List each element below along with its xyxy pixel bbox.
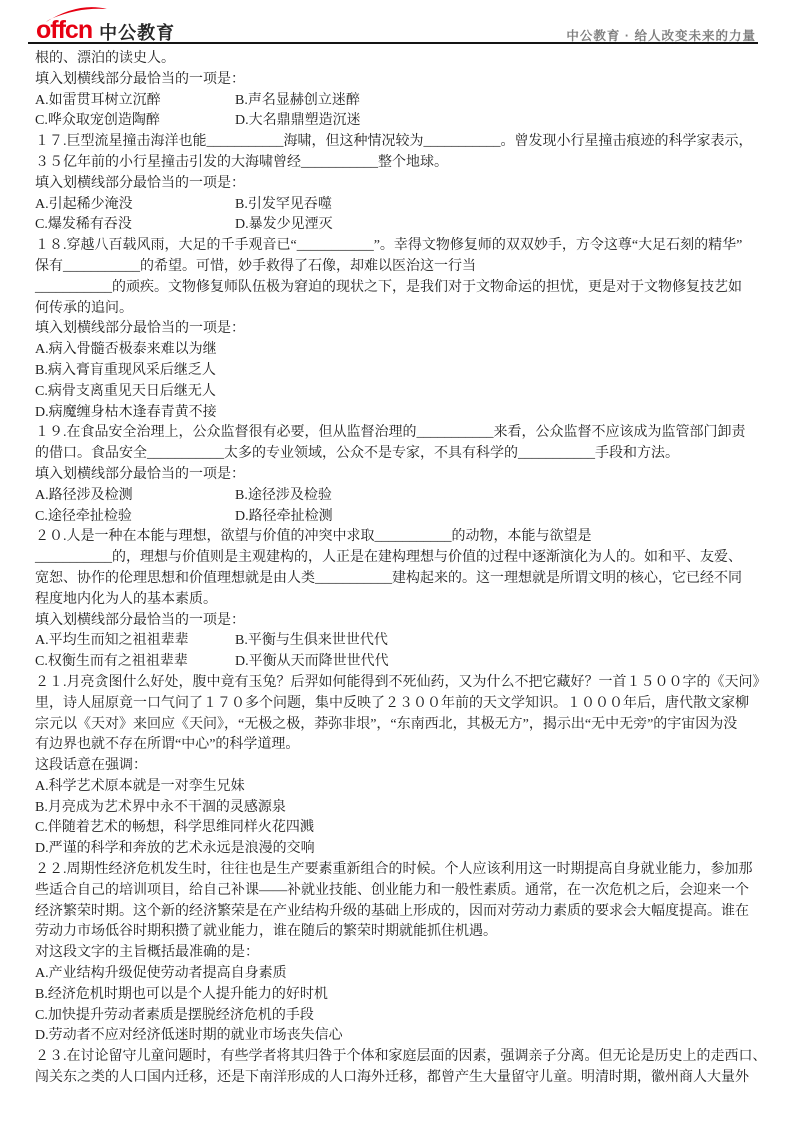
logo-swoosh-icon (46, 6, 108, 23)
text-line: １８.穿越八百载风雨，大足的千手观音已“___________”。幸得文物修复师… (35, 236, 787, 257)
option-b: B.途径涉及检验 (235, 488, 332, 503)
text-line: B.病入膏肓重现风采后继乏人 (35, 361, 787, 382)
text-line: １７.巨型流星撞击海洋也能___________海啸，但这种情况较为______… (35, 132, 787, 153)
text-line: ２１.月亮贪图什么好处，腹中竟有玉兔？后羿如何能得到不死仙药，又为什么不把它藏好… (35, 673, 787, 694)
text-line: 填入划横线部分最恰当的一项是： (35, 611, 787, 632)
text-line: ２０.人是一种在本能与理想，欲望与价值的冲突中求取___________的动物，… (35, 527, 787, 548)
offcn-logo: offcn 中公教育 (36, 5, 175, 43)
text-line: ２３.在讨论留守儿童问题时，有些学者将其归咎于个体和家庭层面的因素，强调亲子分离… (35, 1047, 787, 1068)
option-a: A.如雷贯耳树立沉醉 (35, 91, 235, 112)
text-line: 对这段文字的主旨概括最准确的是： (35, 943, 787, 964)
text-line: A.科学艺术原本就是一对孪生兄妹 (35, 777, 787, 798)
text-line: D.病魔缠身枯木逢春青黄不接 (35, 403, 787, 424)
text-line: A.病入骨髓否极泰来难以为继 (35, 340, 787, 361)
text-line: ３５亿年前的小行星撞击引发的大海啸曾经___________整个地球。 (35, 153, 787, 174)
document-page: offcn 中公教育 中公教育 · 给人改变未来的力量 根的、漂泊的读史人。填入… (0, 0, 794, 1123)
option-pair-row: A.平均生而知之祖祖辈辈B.平衡与生俱来世世代代 (35, 631, 787, 652)
text-line: 何传承的追问。 (35, 299, 787, 320)
option-a: A.引起稀少淹没 (35, 195, 235, 216)
option-a: C.途径牵扯检验 (35, 507, 235, 528)
text-line: C.病骨支离重见天日后继无人 (35, 382, 787, 403)
document-body: 根的、漂泊的读史人。填入划横线部分最恰当的一项是：A.如雷贯耳树立沉醉B.声名显… (35, 49, 787, 1089)
text-line: 填入划横线部分最恰当的一项是： (35, 319, 787, 340)
text-line: 里，诗人屈原竟一口气问了１７０多个问题，集中反映了２３００年前的天文学知识。１０… (35, 694, 787, 715)
text-line: 填入划横线部分最恰当的一项是： (35, 465, 787, 486)
text-line: 些适合自己的培训项目，给自己补课——补就业技能、创业能力和一般性素质。通常，在一… (35, 881, 787, 902)
option-a: C.权衡生而有之祖祖辈辈 (35, 652, 235, 673)
option-b: B.平衡与生俱来世世代代 (235, 633, 388, 648)
text-line: 有边界也就不存在所谓“中心”的科学道理。 (35, 735, 787, 756)
option-b: D.平衡从天而降世世代代 (235, 654, 389, 669)
text-line: 这段话意在强调： (35, 756, 787, 777)
text-line: 保有___________的希望。可惜，妙手救得了石像，却难以医治这一行当 (35, 257, 787, 278)
text-line: 填入划横线部分最恰当的一项是： (35, 70, 787, 91)
text-line: A.产业结构升级促使劳动者提高自身素质 (35, 964, 787, 985)
text-line: B.经济危机时期也可以是个人提升能力的好时机 (35, 985, 787, 1006)
option-b: B.引发罕见吞噬 (235, 197, 332, 212)
text-line: 宗元以《天对》来回应《天问》，“无极之极，莽弥非垠”，“东南西北，其极无方”，揭… (35, 715, 787, 736)
option-a: C.爆发稀有吞没 (35, 215, 235, 236)
option-pair-row: C.哗众取宠创造陶醉D.大名鼎鼎塑造沉迷 (35, 111, 787, 132)
text-line: ２２.周期性经济危机发生时，往往也是生产要素重新组合的时候。个人应该利用这一时期… (35, 860, 787, 881)
text-line: 经济繁荣时期。这个新的经济繁荣是在产业结构升级的基础上形成的，因而对劳动力素质的… (35, 902, 787, 923)
text-line: 根的、漂泊的读史人。 (35, 49, 787, 70)
option-a: C.哗众取宠创造陶醉 (35, 111, 235, 132)
logo-wordmark: offcn (36, 18, 92, 43)
logo-brand-name: 中公教育 (99, 23, 175, 43)
option-pair-row: A.如雷贯耳树立沉醉B.声名显赫创立迷醉 (35, 91, 787, 112)
text-line: １９.在食品安全治理上，公众监督很有必要，但从监督治理的___________来… (35, 423, 787, 444)
text-line: B.月亮成为艺术界中永不干涸的灵感源泉 (35, 798, 787, 819)
option-pair-row: C.爆发稀有吞没D.暴发少见湮灭 (35, 215, 787, 236)
header-divider (28, 42, 758, 44)
text-line: 闯关东之类的人口国内迁移，还是下南洋形成的人口海外迁移，都曾产生大量留守儿童。明… (35, 1068, 787, 1089)
option-a: A.平均生而知之祖祖辈辈 (35, 631, 235, 652)
text-line: D.劳动者不应对经济低迷时期的就业市场丧失信心 (35, 1026, 787, 1047)
option-pair-row: C.途径牵扯检验D.路径牵扯检测 (35, 507, 787, 528)
text-line: 填入划横线部分最恰当的一项是： (35, 174, 787, 195)
text-line: 程度地内化为人的基本素质。 (35, 590, 787, 611)
text-line: 劳动力市场低谷时期积攒了就业能力，谁在随后的繁荣时期就能抓住机遇。 (35, 922, 787, 943)
option-b: D.暴发少见湮灭 (235, 217, 333, 232)
option-b: B.声名显赫创立迷醉 (235, 93, 360, 108)
text-line: 的借口。食品安全___________太多的专业领域，公众不是专家，不具有科学的… (35, 444, 787, 465)
option-b: D.大名鼎鼎塑造沉迷 (235, 113, 361, 128)
text-line: C.伴随着艺术的畅想，科学思维同样火花四溅 (35, 818, 787, 839)
text-line: ___________的，理想与价值则是主观建构的，人正是在建构理想与价值的过程… (35, 548, 787, 569)
text-line: 宽恕、协作的伦理思想和价值理想就是由人类___________建构起来的。这一理… (35, 569, 787, 590)
option-pair-row: C.权衡生而有之祖祖辈辈D.平衡从天而降世世代代 (35, 652, 787, 673)
option-pair-row: A.路径涉及检测B.途径涉及检验 (35, 486, 787, 507)
text-line: ___________的顽疾。文物修复师队伍极为窘迫的现状之下，是我们对于文物命… (35, 278, 787, 299)
text-line: D.严谨的科学和奔放的艺术永远是浪漫的交响 (35, 839, 787, 860)
text-line: C.加快提升劳动者素质是摆脱经济危机的手段 (35, 1006, 787, 1027)
option-b: D.路径牵扯检测 (235, 509, 333, 524)
option-pair-row: A.引起稀少淹没B.引发罕见吞噬 (35, 195, 787, 216)
option-a: A.路径涉及检测 (35, 486, 235, 507)
